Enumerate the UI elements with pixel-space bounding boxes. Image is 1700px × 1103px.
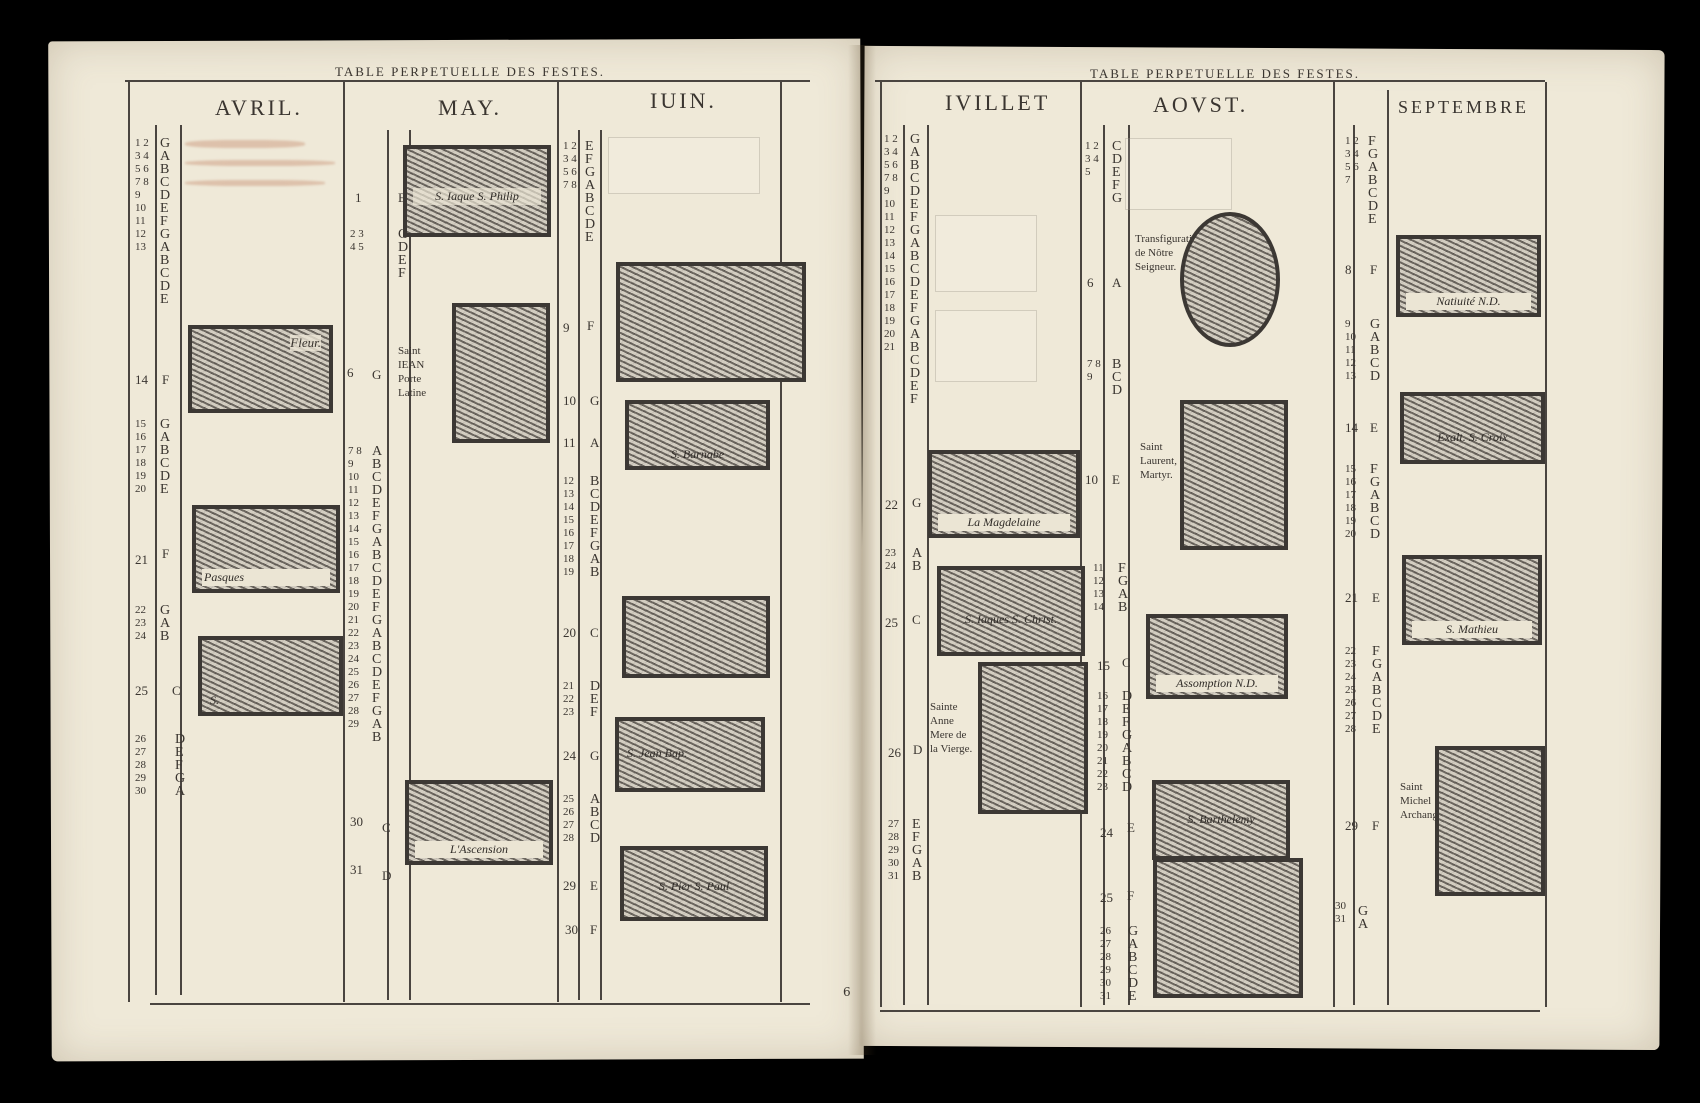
blank-frame — [608, 137, 760, 194]
juin-letters-25-28: A B C D — [590, 793, 604, 845]
woodcut-caption: S. Iaques S. Christ. — [947, 611, 1075, 628]
septembre-letters-15-20: F G A B C D — [1370, 463, 1384, 541]
aoust-note-saint-laurent: Saint Laurent, Martyr. — [1140, 440, 1180, 482]
column-rule — [128, 82, 130, 1002]
aoust-days-11-14: 11 12 13 14 — [1093, 562, 1107, 614]
juin-days-25-28: 25 26 27 28 — [563, 793, 577, 845]
juillet-letter-26: D — [913, 742, 922, 758]
septembre-day-21: 21 — [1345, 590, 1358, 606]
may-note-saint-jean: Saint IEAN Porte Latine — [398, 344, 443, 400]
woodcut-sainte-anne — [978, 662, 1088, 814]
juin-letter-9: F — [587, 318, 594, 334]
month-juillet: IVILLET — [945, 90, 1050, 116]
month-septembre: SEPTEMBRE — [1398, 97, 1529, 118]
woodcut-caption: Natiuité N.D. — [1406, 293, 1531, 310]
woodcut-s-jaques-s-philip: S. Iaque S. Philip — [403, 145, 551, 237]
woodcut-caption: S. Barthelemy — [1162, 811, 1280, 828]
woodcut-caption: S. Iaque S. Philip — [413, 188, 541, 205]
juin-letter-10: G — [590, 393, 599, 409]
juillet-day-22: 22 — [885, 497, 898, 513]
septembre-day-8: 8 — [1345, 262, 1352, 278]
woodcut-ascension: L'Ascension — [405, 780, 553, 865]
juin-letters-12-19: B C D E F G A B — [590, 475, 604, 579]
aoust-letters-16-23: D E F G A B C D — [1122, 690, 1136, 794]
aoust-day-25: 25 — [1100, 890, 1113, 906]
aoust-letter-6: A — [1112, 275, 1121, 291]
woodcut-transfiguration-oval — [1180, 212, 1280, 347]
woodcut-pentecost — [616, 262, 806, 382]
septembre-letters-1-7: F G A B C D E — [1368, 135, 1382, 226]
aoust-day-24: 24 — [1100, 825, 1113, 841]
column-rule — [1353, 125, 1355, 1005]
may-day-1: 1 — [355, 190, 362, 206]
aoust-letters-7-9: B C D — [1112, 358, 1126, 397]
avril-letters-1-13: G A B C D E F G A B C D E — [160, 137, 174, 306]
may-days-2-5: 2 3 4 5 — [350, 228, 364, 254]
juin-day-20: 20 — [563, 625, 576, 641]
septembre-letter-8: F — [1370, 262, 1377, 278]
column-rule — [1080, 82, 1082, 1007]
juin-letter-11: A — [590, 435, 599, 451]
book-gutter — [848, 45, 876, 1055]
woodcut-magdelaine: La Magdelaine — [928, 450, 1080, 538]
aoust-day-15: 15 — [1097, 658, 1110, 674]
juin-letter-20: C — [590, 625, 599, 641]
septembre-days-22-28: 22 23 24 25 26 27 28 — [1345, 645, 1359, 736]
avril-letter-14: F — [162, 372, 169, 388]
woodcut-s-pier-s-paul: S. Pier S. Paul — [620, 846, 768, 921]
avril-letters-26-30: D E F G A — [175, 733, 189, 798]
juin-day-24: 24 — [563, 748, 576, 764]
woodcut-assomption: Assomption N.D. — [1146, 614, 1288, 699]
juin-day-9: 9 — [563, 320, 570, 336]
septembre-letters-30-31: G A — [1358, 905, 1372, 931]
avril-letter-21: F — [162, 546, 169, 562]
woodcut-s-jaques-s-christ: S. Iaques S. Christ. — [937, 566, 1085, 656]
column-rule — [1333, 82, 1335, 1007]
column-rule — [880, 82, 882, 1007]
column-rule — [1545, 82, 1547, 1007]
aoust-days-1-5: 1 2 3 4 5 — [1085, 140, 1099, 179]
aoust-letters-11-14: F G A B — [1118, 562, 1132, 614]
column-rule — [180, 125, 182, 995]
juillet-letters-27-31: E F G A B — [912, 818, 926, 883]
may-letters-7-29: A B C D E F G A B C D E F G A B C D E F … — [372, 445, 386, 744]
aoust-note-transfiguration: Transfiguration de Nôtre Seigneur. — [1135, 232, 1175, 274]
woodcut-caption: Assomption N.D. — [1156, 675, 1278, 692]
woodcut-pasques: Pasques — [192, 505, 340, 593]
aoust-days-26-31: 26 27 28 29 30 31 — [1100, 925, 1114, 1003]
avril-day-25: 25 — [135, 683, 148, 699]
septembre-days-1-7: 1 2 3 4 5 6 7 — [1345, 135, 1359, 187]
head-rule — [875, 80, 1545, 82]
month-may: MAY. — [438, 95, 502, 121]
woodcut-saint-jean-porte-latine — [452, 303, 550, 443]
septembre-letters-9-13: G A B C D — [1370, 318, 1384, 383]
avril-days-1-13: 1 2 3 4 5 6 7 8 9 10 11 12 13 — [135, 137, 149, 254]
juin-days-12-19: 12 13 14 15 16 17 18 19 — [563, 475, 577, 579]
juillet-letters-1-21: G A B C D E F G A B C D E F G A B C D E … — [910, 133, 924, 406]
woodcut-caption: S. — [208, 692, 333, 709]
woodcut-s-jean-bap: S. Jean Bap. — [615, 717, 765, 792]
column-rule — [780, 82, 782, 1002]
avril-day-14: 14 — [135, 372, 148, 388]
septembre-letter-29: F — [1372, 818, 1379, 834]
woodcut-caption: Fleur. — [290, 335, 321, 351]
septembre-days-30-31: 30 31 — [1335, 900, 1349, 926]
juillet-letter-22: G — [912, 495, 921, 511]
juillet-days-23-24: 23 24 — [885, 547, 899, 573]
column-rule — [343, 82, 345, 1002]
ink-stain — [185, 180, 325, 186]
woodcut-saint-michel — [1435, 746, 1545, 896]
woodcut-caption: La Magdelaine — [938, 514, 1070, 531]
juin-day-11: 11 — [563, 435, 576, 451]
blank-frame — [1125, 138, 1232, 210]
woodcut-saint-louis — [1153, 858, 1303, 998]
woodcut-caption: S. Barnabe — [635, 446, 760, 463]
aoust-letter-24: E — [1127, 820, 1135, 836]
septembre-day-14: 14 — [1345, 420, 1358, 436]
may-days-7-29: 7 8 9 10 11 12 13 14 15 16 17 18 19 20 2… — [348, 445, 364, 731]
column-rule — [1387, 90, 1389, 1005]
juillet-note-sainte-anne: Sainte Anne Mere de la Vierge. — [930, 700, 975, 756]
woodcut-caption: L'Ascension — [415, 841, 543, 858]
avril-days-26-30: 26 27 28 29 30 — [135, 733, 149, 798]
aoust-day-6: 6 — [1087, 275, 1094, 291]
juillet-day-26: 26 — [888, 745, 901, 761]
foot-rule — [880, 1010, 1540, 1012]
woodcut-s-mathieu: S. Mathieu — [1402, 555, 1542, 645]
woodcut-exaltation-s-croix: Exalt. S. Croix — [1400, 392, 1545, 464]
aoust-days-7-9: 7 8 9 — [1087, 358, 1101, 384]
avril-days-22-24: 22 23 24 — [135, 604, 149, 643]
aoust-letters-26-31: G A B C D E — [1128, 925, 1142, 1003]
woodcut-nativite-nd: Natiuité N.D. — [1396, 235, 1541, 317]
septembre-day-29: 29 — [1345, 818, 1358, 834]
juillet-letter-25: C — [912, 612, 921, 628]
may-letter-31: D — [382, 868, 391, 884]
avril-days-15-20: 15 16 17 18 19 20 — [135, 418, 149, 496]
septembre-days-9-13: 9 10 11 12 13 — [1345, 318, 1359, 383]
juillet-days-1-21: 1 2 3 4 5 6 7 8 9 10 11 12 13 14 15 16 1… — [884, 133, 900, 354]
juillet-days-27-31: 27 28 29 30 31 — [888, 818, 902, 883]
woodcut-s-barthelemy: S. Barthelemy — [1152, 780, 1290, 860]
head-rule — [125, 80, 810, 82]
may-day-6: 6 — [347, 365, 354, 381]
ink-stain — [185, 160, 335, 166]
aoust-letter-25: F — [1127, 888, 1134, 904]
running-head-left: TABLE PERPETUELLE DES FESTES. — [335, 64, 605, 80]
woodcut-caption: Pasques — [202, 569, 330, 586]
aoust-letter-10: E — [1112, 472, 1120, 488]
column-rule — [903, 125, 905, 1005]
avril-letter-25: C — [172, 683, 181, 699]
juin-letter-29: E — [590, 878, 598, 894]
juin-day-30: 30 — [565, 922, 578, 938]
ink-stain — [185, 140, 305, 148]
juin-days-21-23: 21 22 23 — [563, 680, 577, 719]
woodcut-caption: S. Jean Bap. — [625, 745, 755, 762]
avril-day-21: 21 — [135, 552, 148, 568]
juin-letter-30: F — [590, 922, 597, 938]
aoust-days-16-23: 16 17 18 19 20 21 22 23 — [1097, 690, 1111, 794]
woodcut-s-barnabe: S. Barnabe — [625, 400, 770, 470]
woodcut-saint-laurent — [1180, 400, 1288, 550]
woodcut-trinity — [622, 596, 770, 678]
month-avril: AVRIL. — [215, 95, 303, 121]
septembre-letters-22-28: F G A B C D E — [1372, 645, 1386, 736]
juin-days-1-8: 1 2 3 4 5 6 7 8 — [563, 140, 577, 192]
month-juin: IUIN. — [650, 88, 717, 114]
aoust-letters-1-5: C D E F G — [1112, 140, 1126, 205]
woodcut-caption: S. Pier S. Paul — [630, 878, 758, 895]
may-letter-30: C — [382, 820, 391, 836]
may-day-30: 30 — [350, 814, 363, 830]
juin-day-29: 29 — [563, 878, 576, 894]
septembre-letter-14: E — [1370, 420, 1378, 436]
septembre-letter-21: E — [1372, 590, 1380, 606]
juillet-day-25: 25 — [885, 615, 898, 631]
blank-frame — [935, 310, 1037, 382]
column-rule — [927, 125, 929, 1005]
septembre-days-15-20: 15 16 17 18 19 20 — [1345, 463, 1359, 541]
foot-rule — [150, 1003, 810, 1005]
column-rule — [155, 125, 157, 995]
aoust-letter-15: C — [1122, 655, 1131, 671]
woodcut-caption: S. Mathieu — [1412, 621, 1532, 638]
juin-letters-1-8: E F G A B C D E — [585, 140, 599, 244]
blank-frame — [935, 215, 1037, 292]
folio-number: 6 — [843, 985, 851, 999]
juin-letters-21-23: D E F — [590, 680, 604, 719]
month-aoust: AOVST. — [1153, 92, 1248, 118]
may-day-31: 31 — [350, 862, 363, 878]
column-rule — [578, 130, 580, 1000]
avril-letters-15-20: G A B C D E — [160, 418, 174, 496]
woodcut-caption: Exalt. S. Croix — [1410, 429, 1535, 446]
juillet-letters-23-24: A B — [912, 547, 926, 573]
woodcut-s: S. — [198, 636, 343, 716]
woodcut-fleur: Fleur. — [188, 325, 333, 413]
septembre-note-saint-michel: Saint Michel Archange. — [1400, 780, 1440, 822]
may-letter-6: G — [372, 367, 381, 383]
avril-letters-22-24: G A B — [160, 604, 174, 643]
juin-letter-24: G — [590, 748, 599, 764]
juin-day-10: 10 — [563, 393, 576, 409]
aoust-day-10: 10 — [1085, 472, 1098, 488]
column-rule — [557, 82, 559, 1002]
